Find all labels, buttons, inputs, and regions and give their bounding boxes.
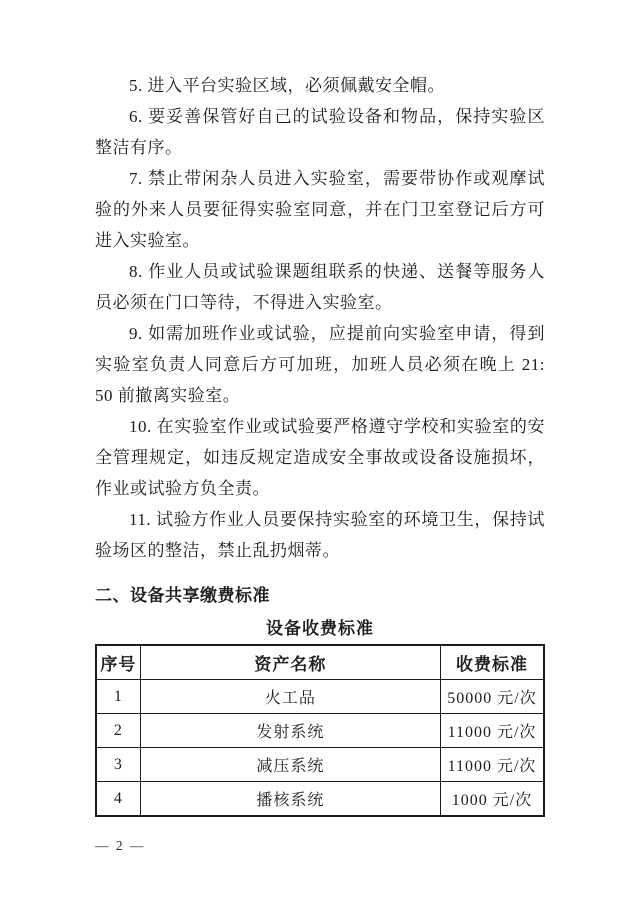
document-page: 5. 进入平台实验区域，必须佩戴安全帽。 6. 要妥善保管好自己的试验设备和物品… <box>0 0 639 904</box>
table-row: 2 发射系统 11000 元/次 <box>96 714 544 748</box>
table-header-fee-standard: 收费标准 <box>441 645 544 680</box>
row-index: 1 <box>96 680 140 714</box>
row-index: 2 <box>96 714 140 748</box>
asset-name: 减压系统 <box>140 748 440 782</box>
row-index: 4 <box>96 782 140 817</box>
rule-item-11: 11. 试验方作业人员要保持实验室的环境卫生，保持试验场区的整洁，禁止乱扔烟蒂。 <box>95 504 545 566</box>
rule-item-5: 5. 进入平台实验区域，必须佩戴安全帽。 <box>95 70 545 101</box>
table-row: 1 火工品 50000 元/次 <box>96 680 544 714</box>
table-row: 4 播核系统 1000 元/次 <box>96 782 544 817</box>
section-heading: 二、设备共享缴费标准 <box>95 580 545 611</box>
fee-standard: 11000 元/次 <box>441 714 544 748</box>
table-header-asset-name: 资产名称 <box>140 645 440 680</box>
table-header-index: 序号 <box>96 645 140 680</box>
rule-item-8: 8. 作业人员或试验课题组联系的快递、送餐等服务人员必须在门口等待，不得进入实验… <box>95 256 545 318</box>
asset-name: 发射系统 <box>140 714 440 748</box>
table-header-row: 序号 资产名称 收费标准 <box>96 645 544 680</box>
rule-item-9: 9. 如需加班作业或试验，应提前向实验室申请，得到实验室负责人同意后方可加班，加… <box>95 318 545 411</box>
row-index: 3 <box>96 748 140 782</box>
asset-name: 播核系统 <box>140 782 440 817</box>
fee-table: 序号 资产名称 收费标准 1 火工品 50000 元/次 2 发射系统 1100… <box>95 644 545 817</box>
rule-item-7: 7. 禁止带闲杂人员进入实验室，需要带协作或观摩试验的外来人员要征得实验室同意，… <box>95 163 545 256</box>
document-content: 5. 进入平台实验区域，必须佩戴安全帽。 6. 要妥善保管好自己的试验设备和物品… <box>95 70 545 817</box>
asset-name: 火工品 <box>140 680 440 714</box>
rule-item-6: 6. 要妥善保管好自己的试验设备和物品，保持实验区整洁有序。 <box>95 101 545 163</box>
fee-standard: 11000 元/次 <box>441 748 544 782</box>
table-row: 3 减压系统 11000 元/次 <box>96 748 544 782</box>
page-number: — 2 — <box>95 838 146 854</box>
fee-standard: 50000 元/次 <box>441 680 544 714</box>
rule-item-10: 10. 在实验室作业或试验要严格遵守学校和实验室的安全管理规定，如违反规定造成安… <box>95 411 545 504</box>
table-title: 设备收费标准 <box>95 615 545 642</box>
fee-standard: 1000 元/次 <box>441 782 544 817</box>
